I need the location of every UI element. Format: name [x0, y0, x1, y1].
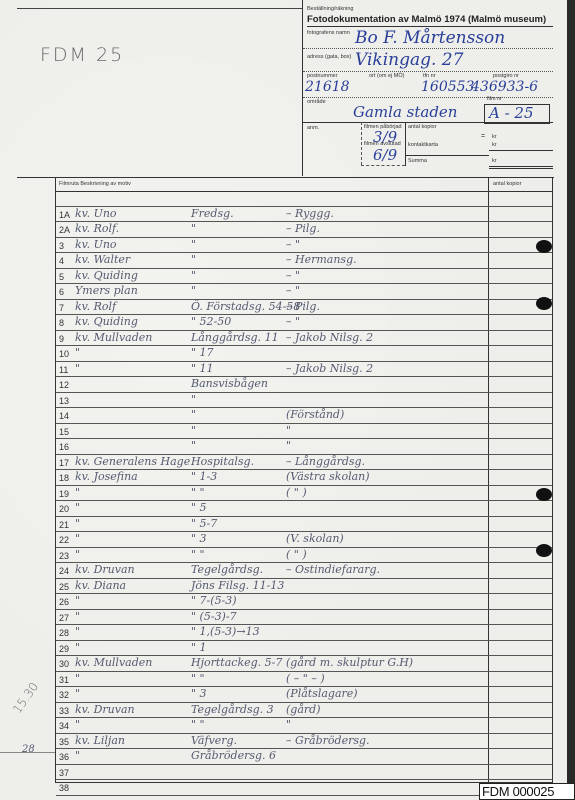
- copies-column-header: antal kopior: [493, 181, 521, 187]
- block-name: ": [75, 486, 80, 499]
- street-name: Bansvisbågen: [191, 377, 268, 390]
- frame-number: 27: [59, 613, 69, 623]
- table-row: 18kv. Josefina" 1-3(Västra skolan): [56, 470, 552, 486]
- motif-detail: ": [286, 424, 291, 437]
- block-name: kv. Josefina: [75, 470, 138, 483]
- frame-number: 26: [59, 597, 69, 607]
- block-name: kv. Liljan: [75, 734, 125, 747]
- film-finished-value: 6/9: [373, 146, 397, 164]
- street-name: " 1,(5-3)→13: [191, 625, 260, 638]
- table-row: 5kv. Quiding"– ": [56, 269, 552, 285]
- table-row: 4kv. Walter"– Hermansg.: [56, 253, 552, 269]
- frame-number: 14: [59, 411, 69, 421]
- divider: [303, 97, 553, 98]
- block-name: kv. Mullvaden: [75, 331, 152, 344]
- table-row: 38: [56, 780, 552, 796]
- table-row: [56, 191, 552, 207]
- frame-number: 9: [59, 334, 64, 344]
- frame-number: 10: [59, 349, 69, 359]
- table-row: 19"" "( " ): [56, 486, 552, 502]
- binder-hole: [536, 488, 552, 501]
- frame-number: 8: [59, 318, 64, 328]
- motif-detail: ": [286, 718, 291, 731]
- street-name: " 3: [191, 532, 207, 545]
- street-name: " 1: [191, 641, 207, 654]
- block-name: kv. Diana: [75, 579, 126, 592]
- table-row: 20"" 5: [56, 501, 552, 517]
- frame-column-header: Filmruta Beskrivning av motiv: [59, 181, 131, 187]
- motif-detail: – Jakob Nilsg. 2: [286, 362, 373, 375]
- block-name: ": [75, 501, 80, 514]
- block-name: ": [75, 625, 80, 638]
- street-name: ": [191, 439, 196, 452]
- block-name: kv. Druvan: [75, 703, 135, 716]
- motif-detail: – Jakob Nilsg. 2: [286, 331, 373, 344]
- block-name: kv. Uno: [75, 207, 117, 220]
- kr-label: kr: [492, 134, 497, 140]
- binder-hole: [536, 544, 552, 557]
- street-name: ": [191, 393, 196, 406]
- frame-number: 19: [59, 489, 69, 499]
- table-row: 31"" "( – " – ): [56, 672, 552, 688]
- street-name: ": [191, 253, 196, 266]
- header-box: Beställning/räkning Fotodokumentation av…: [302, 0, 555, 176]
- street-name: Jöns Filsg. 11-13: [191, 579, 284, 592]
- street-name: ": [191, 424, 196, 437]
- postal-code-value: 21618: [305, 79, 350, 95]
- street-name: " 3: [191, 687, 207, 700]
- street-name: " ": [191, 548, 205, 561]
- address-label: adress (gata, box): [307, 54, 351, 60]
- block-name: kv. Druvan: [75, 563, 135, 576]
- margin-note-time: 15.30: [10, 680, 41, 716]
- motif-detail: (gård): [286, 703, 320, 716]
- contact-sheet-label: kontaktkarta: [408, 142, 438, 148]
- form-page: FDM 25 Beställning/räkning Fotodokumenta…: [0, 0, 567, 800]
- remark-label: anm.: [307, 125, 319, 131]
- street-name: " ": [191, 486, 205, 499]
- street-name: Hospitalsg.: [191, 455, 254, 468]
- frame-number: 2A: [59, 225, 70, 235]
- motif-detail: (Plåtslagare): [286, 687, 358, 700]
- street-name: Hjorttackeg. 5-7: [191, 656, 282, 669]
- copies-label: antal kopior: [408, 124, 436, 130]
- table-row: 37: [56, 765, 552, 781]
- table-row: 3kv. Uno"– ": [56, 238, 552, 254]
- table-row: 28"" 1,(5-3)→13: [56, 625, 552, 641]
- motif-detail: – Långgårdsg.: [286, 455, 365, 468]
- block-name: ": [75, 594, 80, 607]
- block-name: kv. Generalens Hage: [75, 455, 190, 468]
- table-row: 24kv. DruvanTegelgårdsg.– Ostindiefararg…: [56, 563, 552, 579]
- table-row: 8kv. Quiding" 52-50– ": [56, 315, 552, 331]
- frame-number: 17: [59, 458, 69, 468]
- frame-number: 11: [59, 365, 68, 375]
- table-header: Filmruta Beskrivning av motiv antal kopi…: [56, 178, 552, 192]
- motif-detail: – Gråbrödersg.: [286, 734, 370, 747]
- city-label: ort (om ej MÖ): [369, 73, 404, 79]
- block-name: ": [75, 672, 80, 685]
- street-name: " 17: [191, 346, 214, 359]
- street-name: Väfverg.: [191, 734, 237, 747]
- street-name: " 5: [191, 501, 207, 514]
- table-row: 2Akv. Rolf."– Pilg.: [56, 222, 552, 238]
- block-name: ": [75, 517, 80, 530]
- divider: [303, 48, 553, 49]
- table-row: 36"Gråbrödersg. 6: [56, 749, 552, 765]
- frame-number: 6: [59, 287, 64, 297]
- street-name: ": [191, 408, 196, 421]
- street-name: ": [191, 238, 196, 251]
- block-name: ": [75, 532, 80, 545]
- table-row: 1Akv. UnoFredsg.– Ryggg.: [56, 207, 552, 223]
- archive-stamp: FDM 000025: [479, 783, 575, 800]
- divider: [361, 122, 362, 165]
- frame-number: 20: [59, 504, 69, 514]
- frame-number: 18: [59, 473, 69, 483]
- equals-sign: =: [481, 133, 485, 140]
- block-name: kv. Walter: [75, 253, 130, 266]
- block-name: ": [75, 687, 80, 700]
- frame-number: 37: [59, 768, 69, 778]
- binder-hole: [536, 297, 552, 310]
- frame-number: 15: [59, 427, 69, 437]
- table-row: 11"" 11– Jakob Nilsg. 2: [56, 362, 552, 378]
- frame-number: 7: [59, 303, 64, 313]
- block-name: kv. Uno: [75, 238, 117, 251]
- frame-number: 38: [59, 783, 69, 793]
- photographer-value: Bo F. Mårtensson: [355, 28, 505, 48]
- table-row: 6Ymers plan"– ": [56, 284, 552, 300]
- street-name: Ö. Förstadsg. 54-58: [191, 300, 300, 313]
- frame-number: 33: [59, 706, 69, 716]
- film-no-label: film nr: [487, 96, 502, 102]
- corner-note: FDM 25: [40, 44, 124, 66]
- frame-number: 22: [59, 535, 69, 545]
- divider: [489, 150, 553, 151]
- street-name: Gråbrödersg. 6: [191, 749, 276, 762]
- motif-detail: – ": [286, 315, 300, 328]
- block-name: kv. Rolf.: [75, 222, 119, 235]
- motif-detail: – ": [286, 238, 300, 251]
- form-title: Fotodokumentation av Malmö 1974 (Malmö m…: [307, 14, 553, 27]
- divider: [489, 166, 553, 167]
- motif-detail: (V. skolan): [286, 532, 344, 545]
- street-name: Fredsg.: [191, 207, 234, 220]
- block-name: ": [75, 362, 80, 375]
- motif-detail: – Ostindiefararg.: [286, 563, 380, 576]
- table-row: 23"" "( " ): [56, 548, 552, 564]
- motif-detail: ( " ): [286, 486, 307, 499]
- table-row: 12Bansvisbågen: [56, 377, 552, 393]
- divider: [303, 71, 553, 72]
- frame-number: 12: [59, 380, 69, 390]
- sum-label: Summa: [408, 158, 427, 164]
- frame-number: 36: [59, 752, 69, 762]
- table-row: 10"" 17: [56, 346, 552, 362]
- kr-label: kr: [492, 142, 497, 148]
- divider: [361, 165, 405, 166]
- street-name: Tegelgårdsg.: [191, 563, 263, 576]
- motif-detail: – Hermansg.: [286, 253, 357, 266]
- frame-number: 25: [59, 582, 69, 592]
- frame-number: 32: [59, 690, 69, 700]
- margin-note-count: 28: [22, 744, 35, 755]
- table-row: 16"": [56, 439, 552, 455]
- frame-number: 24: [59, 566, 69, 576]
- motif-detail: ": [286, 439, 291, 452]
- frame-number: 31: [59, 675, 69, 685]
- margin-rule: [0, 752, 55, 753]
- address-value: Vikingag. 27: [355, 50, 463, 70]
- frame-number: 29: [59, 644, 69, 654]
- street-name: " 7-(5-3): [191, 594, 237, 607]
- street-name: ": [191, 269, 196, 282]
- table-row: 13": [56, 393, 552, 409]
- frame-number: 23: [59, 551, 69, 561]
- table-row: 26"" 7-(5-3): [56, 594, 552, 610]
- motif-detail: – Pilg.: [286, 222, 320, 235]
- frame-number: 4: [59, 256, 64, 266]
- motif-table: Filmruta Beskrivning av motiv antal kopi…: [55, 177, 553, 783]
- area-value: Gamla staden: [353, 103, 457, 121]
- motif-detail: (gård m. skulptur G.H): [286, 656, 413, 669]
- binder-hole: [536, 240, 552, 253]
- table-row: 22"" 3(V. skolan): [56, 532, 552, 548]
- block-name: kv. Quiding: [75, 315, 138, 328]
- frame-number: 3: [59, 241, 64, 251]
- table-row: 9kv. MullvadenLånggårdsg. 11– Jakob Nils…: [56, 331, 552, 347]
- order-label: Beställning/räkning: [307, 6, 353, 12]
- table-row: 7kv. RolfÖ. Förstadsg. 54-58– Pilg.: [56, 300, 552, 316]
- block-name: kv. Quiding: [75, 269, 138, 282]
- motif-detail: ( " ): [286, 548, 307, 561]
- street-name: " 11: [191, 362, 214, 375]
- street-name: " ": [191, 718, 205, 731]
- divider: [489, 168, 553, 169]
- motif-detail: – Ryggg.: [286, 207, 334, 220]
- street-name: " 1-3: [191, 470, 217, 483]
- table-row: 21"" 5-7: [56, 517, 552, 533]
- kr-label: kr: [492, 158, 497, 164]
- street-name: " ": [191, 672, 205, 685]
- table-row: 17kv. Generalens HageHospitalsg.– Långgå…: [56, 455, 552, 471]
- divider: [405, 122, 406, 166]
- table-row: 34"" "": [56, 718, 552, 734]
- block-name: Ymers plan: [75, 284, 138, 297]
- block-name: kv. Mullvaden: [75, 656, 152, 669]
- table-row: 33kv. DruvanTegelgårdsg. 3(gård): [56, 703, 552, 719]
- street-name: ": [191, 284, 196, 297]
- street-name: " 5-7: [191, 517, 217, 530]
- frame-number: 13: [59, 396, 69, 406]
- motif-detail: (Västra skolan): [286, 470, 370, 483]
- frame-number: 34: [59, 721, 69, 731]
- phone-value: 160553: [421, 79, 474, 95]
- motif-detail: – ": [286, 284, 300, 297]
- table-row: 15"": [56, 424, 552, 440]
- block-name: ": [75, 749, 80, 762]
- street-name: " (5-3)-7: [191, 610, 237, 623]
- film-no-value: A - 25: [489, 104, 534, 122]
- block-name: kv. Rolf: [75, 300, 116, 313]
- frame-number: 16: [59, 442, 69, 452]
- table-row: 25kv. DianaJöns Filsg. 11-13: [56, 579, 552, 595]
- frame-number: 5: [59, 272, 64, 282]
- frame-number: 30: [59, 659, 69, 669]
- street-name: Tegelgårdsg. 3: [191, 703, 274, 716]
- motif-detail: ( – " – ): [286, 672, 325, 685]
- motif-detail: – Pilg.: [286, 300, 320, 313]
- street-name: " 52-50: [191, 315, 231, 328]
- frame-number: 28: [59, 628, 69, 638]
- block-name: ": [75, 346, 80, 359]
- film-number-box: film nr A - 25: [484, 104, 550, 124]
- table-row: 29"" 1: [56, 641, 552, 657]
- table-row: 27"" (5-3)-7: [56, 610, 552, 626]
- motif-detail: – ": [286, 269, 300, 282]
- photographer-label: fotografens namn: [307, 30, 350, 36]
- postgiro-value: 436933-6: [471, 79, 538, 95]
- area-label: område: [307, 99, 326, 105]
- table-row: 32"" 3(Plåtslagare): [56, 687, 552, 703]
- table-row: 14"(Förstånd): [56, 408, 552, 424]
- street-name: Långgårdsg. 11: [191, 331, 279, 344]
- divider: [405, 155, 489, 156]
- motif-detail: (Förstånd): [286, 408, 344, 421]
- street-name: ": [191, 222, 196, 235]
- frame-number: 21: [59, 520, 69, 530]
- block-name: ": [75, 610, 80, 623]
- frame-number: 1A: [59, 210, 70, 220]
- table-row: 30kv. MullvadenHjorttackeg. 5-7(gård m. …: [56, 656, 552, 672]
- block-name: ": [75, 548, 80, 561]
- block-name: ": [75, 718, 80, 731]
- block-name: ": [75, 641, 80, 654]
- table-row: 35kv. LiljanVäfverg.– Gråbrödersg.: [56, 734, 552, 750]
- top-rule: [17, 8, 302, 9]
- frame-number: 35: [59, 737, 69, 747]
